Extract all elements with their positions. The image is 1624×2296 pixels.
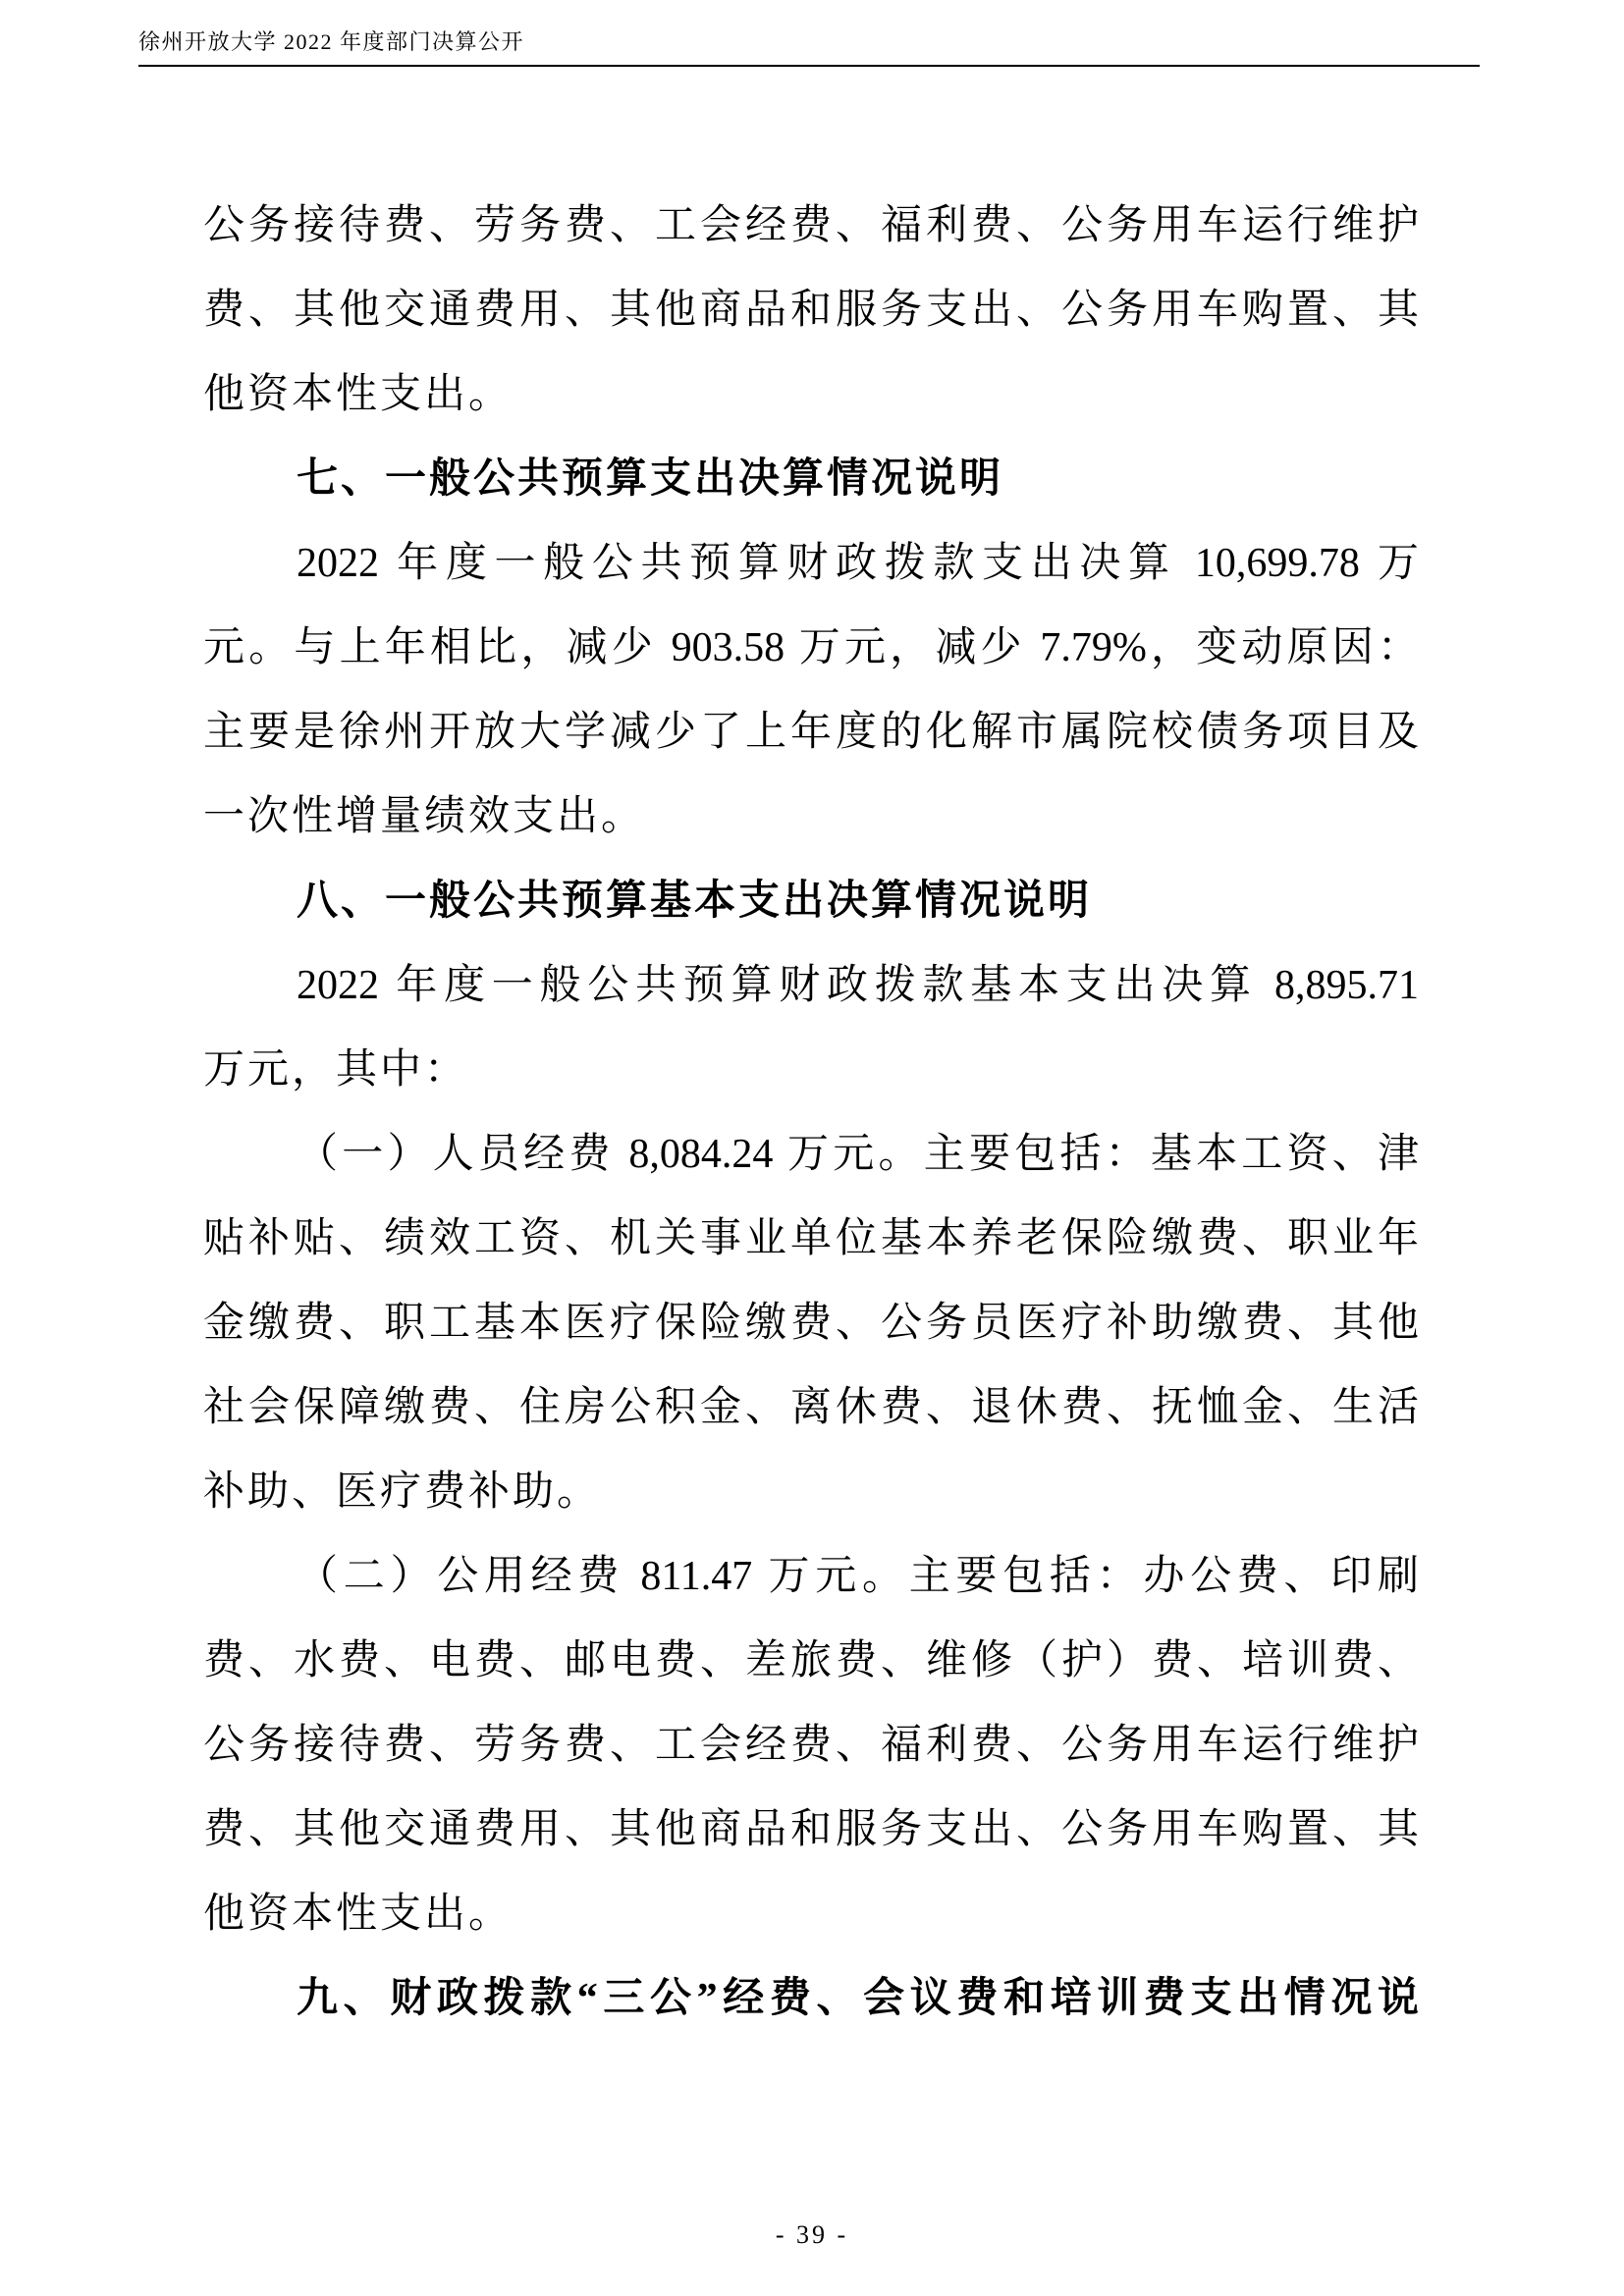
document-page: 徐州开放大学 2022 年度部门决算公开 公务接待费、劳务费、工会经费、福利费、…: [0, 0, 1624, 2296]
body-text-line: 他资本性支出。: [203, 1872, 1419, 1956]
body-text-line: 贴补贴、绩效工资、机关事业单位基本养老保险缴费、职业年: [203, 1197, 1419, 1281]
page-number: - 39 -: [0, 2220, 1624, 2250]
body-text-line: 一次性增量绩效支出。: [203, 774, 1419, 859]
body-text-line: 主要是徐州开放大学减少了上年度的化解市属院校债务项目及: [203, 690, 1419, 774]
page-header-title: 徐州开放大学 2022 年度部门决算公开: [138, 26, 1480, 67]
heading-line: 七、一般公共预算支出决算情况说明: [203, 437, 1419, 521]
body-text-line: 补助、医疗费补助。: [203, 1450, 1419, 1534]
body-text-line: 社会保障缴费、住房公积金、离休费、退休费、抚恤金、生活: [203, 1365, 1419, 1450]
body-text-line: 2022 年度一般公共预算财政拨款基本支出决算 8,895.71: [203, 943, 1419, 1028]
body-text-line: 金缴费、职工基本医疗保险缴费、公务员医疗补助缴费、其他: [203, 1281, 1419, 1365]
body-text-line: 费、其他交通费用、其他商品和服务支出、公务用车购置、其: [203, 1788, 1419, 1872]
body-text-line: （一）人员经费 8,084.24 万元。主要包括：基本工资、津: [203, 1112, 1419, 1197]
heading-line: 九、财政拨款“三公”经费、会议费和培训费支出情况说: [203, 1956, 1419, 2041]
document-lines: 公务接待费、劳务费、工会经费、福利费、公务用车运行维护费、其他交通费用、其他商品…: [203, 184, 1419, 2041]
body-text-line: 2022 年度一般公共预算财政拨款支出决算 10,699.78 万: [203, 521, 1419, 606]
body-text-line: 公务接待费、劳务费、工会经费、福利费、公务用车运行维护: [203, 1703, 1419, 1788]
body-text-line: 元。与上年相比，减少 903.58 万元，减少 7.79%，变动原因：: [203, 606, 1419, 690]
body-text-line: 他资本性支出。: [203, 352, 1419, 437]
body-text-line: 费、其他交通费用、其他商品和服务支出、公务用车购置、其: [203, 268, 1419, 352]
body-text-line: （二）公用经费 811.47 万元。主要包括：办公费、印刷: [203, 1534, 1419, 1619]
body-text-line: 费、水费、电费、邮电费、差旅费、维修（护）费、培训费、: [203, 1619, 1419, 1703]
body-text-line: 万元，其中：: [203, 1028, 1419, 1112]
body-text-line: 公务接待费、劳务费、工会经费、福利费、公务用车运行维护: [203, 184, 1419, 268]
heading-line: 八、一般公共预算基本支出决算情况说明: [203, 859, 1419, 943]
